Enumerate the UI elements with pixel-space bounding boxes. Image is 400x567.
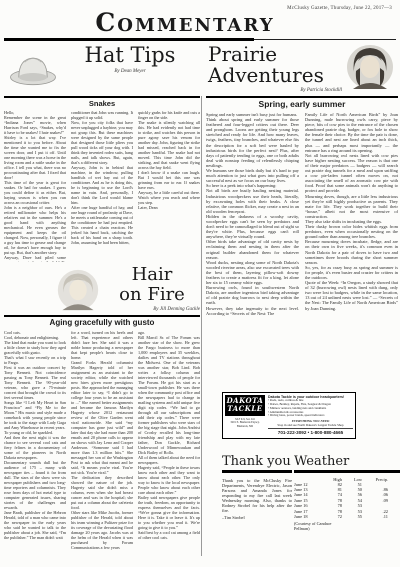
hair-on-fire-body: Cool cats. Cool, debonair and enlighteni…: [4, 330, 200, 561]
hat-tips-title: Hat Tips: [60, 44, 200, 67]
weather-rule: [294, 470, 400, 473]
weather-cell: 55: [342, 514, 362, 519]
hair-on-fire-portrait-image: [56, 268, 100, 312]
ad-logo-block: DAKOTA TACKLE M-F 9-9, Sat. 9-6 3201 E. …: [225, 395, 265, 436]
hair-on-fire-column-2: for a word, turned on his heels and left…: [71, 330, 133, 561]
prairie-title-line-2: Adventures: [208, 65, 342, 86]
dakota-tackle-ad: DAKOTA TACKLE M-F 9-9, Sat. 9-6 3201 E. …: [222, 392, 356, 439]
prairie-subhead: Spring, early summer: [206, 99, 398, 109]
weather-cell: .11: [362, 514, 388, 519]
hair-on-fire-subhead: Aging gracefully with gusto: [4, 318, 200, 327]
prairie-byline: By Patricia Stockdill: [208, 88, 342, 93]
right-page-region: Prairie Adventures By Patricia Stockdill…: [206, 44, 398, 563]
weather-table-body: June 128251June 138150.86June 147456.06J…: [294, 482, 400, 520]
weather-cell: 72: [322, 514, 342, 519]
ad-address: M-F 9-9, Sat. 9-6 3201 E. Bismarck Expwy…: [225, 418, 265, 428]
dakota-tackle-logo: DAKOTA TACKLE: [225, 395, 265, 416]
ad-bullet: • Diving lures, power braids, speed indi…: [268, 414, 353, 418]
hat-tips-column-2: conditioner that John was running. It pl…: [71, 110, 133, 262]
prairie-adventures-header: Prairie Adventures By Patricia Stockdill: [208, 44, 342, 93]
ad-bullets: • Rods, reels, combos & line• Daiwa, Ber…: [268, 399, 353, 418]
thank-you-box: Thank you Thank you to the McClusky Fire…: [222, 455, 292, 520]
hat-tips-column-1: Hello, Remember the scene in the great “…: [4, 110, 66, 262]
hair-on-fire-header: Hair on Fire By Jill Denning Gackle: [104, 265, 200, 312]
weather-cell: June 18: [294, 514, 322, 519]
hat-tips-body: Hello, Remember the scene in the great “…: [4, 110, 200, 262]
prairie-rule: [206, 96, 398, 98]
newspaper-page: McClusky Gazette, Thursday, June 22, 201…: [0, 0, 400, 567]
prairie-column-1: Spring and early summer isn't busy just …: [206, 112, 299, 390]
hat-tips-byline: By Dean Meyer: [60, 69, 200, 74]
hair-on-fire-column-3: ago. Bill Marcil Sr. of The Forum was an…: [138, 330, 200, 561]
hat-tips-rule: [4, 96, 200, 98]
thank-you-signature: –Tim Strobel: [222, 515, 292, 520]
ad-address-line-3: Bismarck, ND: [225, 425, 265, 428]
portrait-woman-dark-hair-icon: [346, 44, 394, 90]
cowboy-hat-image: [8, 46, 58, 90]
ad-phone: 701-222-3092 • 1-800-880-4665: [268, 428, 353, 435]
thank-you-body: Thank you to the McClusky Fire Departmen…: [222, 478, 292, 513]
hat-tips-subhead: Snakes: [4, 99, 200, 108]
section-rule-thick: [4, 38, 254, 41]
hair-on-fire-column-1: Cool cats. Cool, debonair and enlighteni…: [4, 330, 66, 561]
ad-subline: Stop in and see North Dakota's Largest T…: [268, 423, 353, 427]
left-page-region: Hat Tips By Dean Meyer Snakes Hello, Rem…: [4, 44, 200, 563]
weather-title: Weather: [294, 455, 400, 469]
section-title: Commentary: [60, 9, 310, 36]
prairie-column-2: Family Life of North American Birds” by …: [305, 112, 398, 390]
prairie-body: Spring and early summer isn't busy just …: [206, 112, 398, 390]
weather-row: June 187255.11: [294, 514, 400, 519]
ad-logo-line-2: TACKLE: [225, 405, 265, 413]
prairie-title-line-1: Prairie: [208, 44, 342, 65]
thank-you-title: Thank you: [222, 455, 292, 469]
section-rule-thin: [254, 39, 396, 40]
ad-copy-block: Dakota Tackle is your outdoor headquarte…: [268, 395, 353, 436]
thank-you-rule: [222, 470, 292, 473]
hair-on-fire-title-line-1: Hair: [104, 265, 200, 285]
cowboy-hat-icon: [8, 46, 58, 90]
hat-tips-header: Hat Tips By Dean Meyer: [60, 44, 200, 74]
weather-box: Weather High Low Precip. June 128251June…: [294, 455, 400, 531]
hair-on-fire-title-line-2: on Fire: [104, 285, 200, 305]
prairie-portrait-image: [346, 44, 394, 90]
hair-on-fire-byline: By Jill Denning Gackle: [104, 307, 200, 312]
hat-tips-column-3: quickly grabs for his knife and cuts a f…: [138, 110, 200, 262]
weather-courtesy: (Courtesy of Candace Pellman): [294, 521, 400, 531]
column-divider: [201, 96, 202, 556]
portrait-woman-short-hair-icon: [56, 268, 100, 312]
hair-on-fire-rule: [4, 315, 200, 317]
